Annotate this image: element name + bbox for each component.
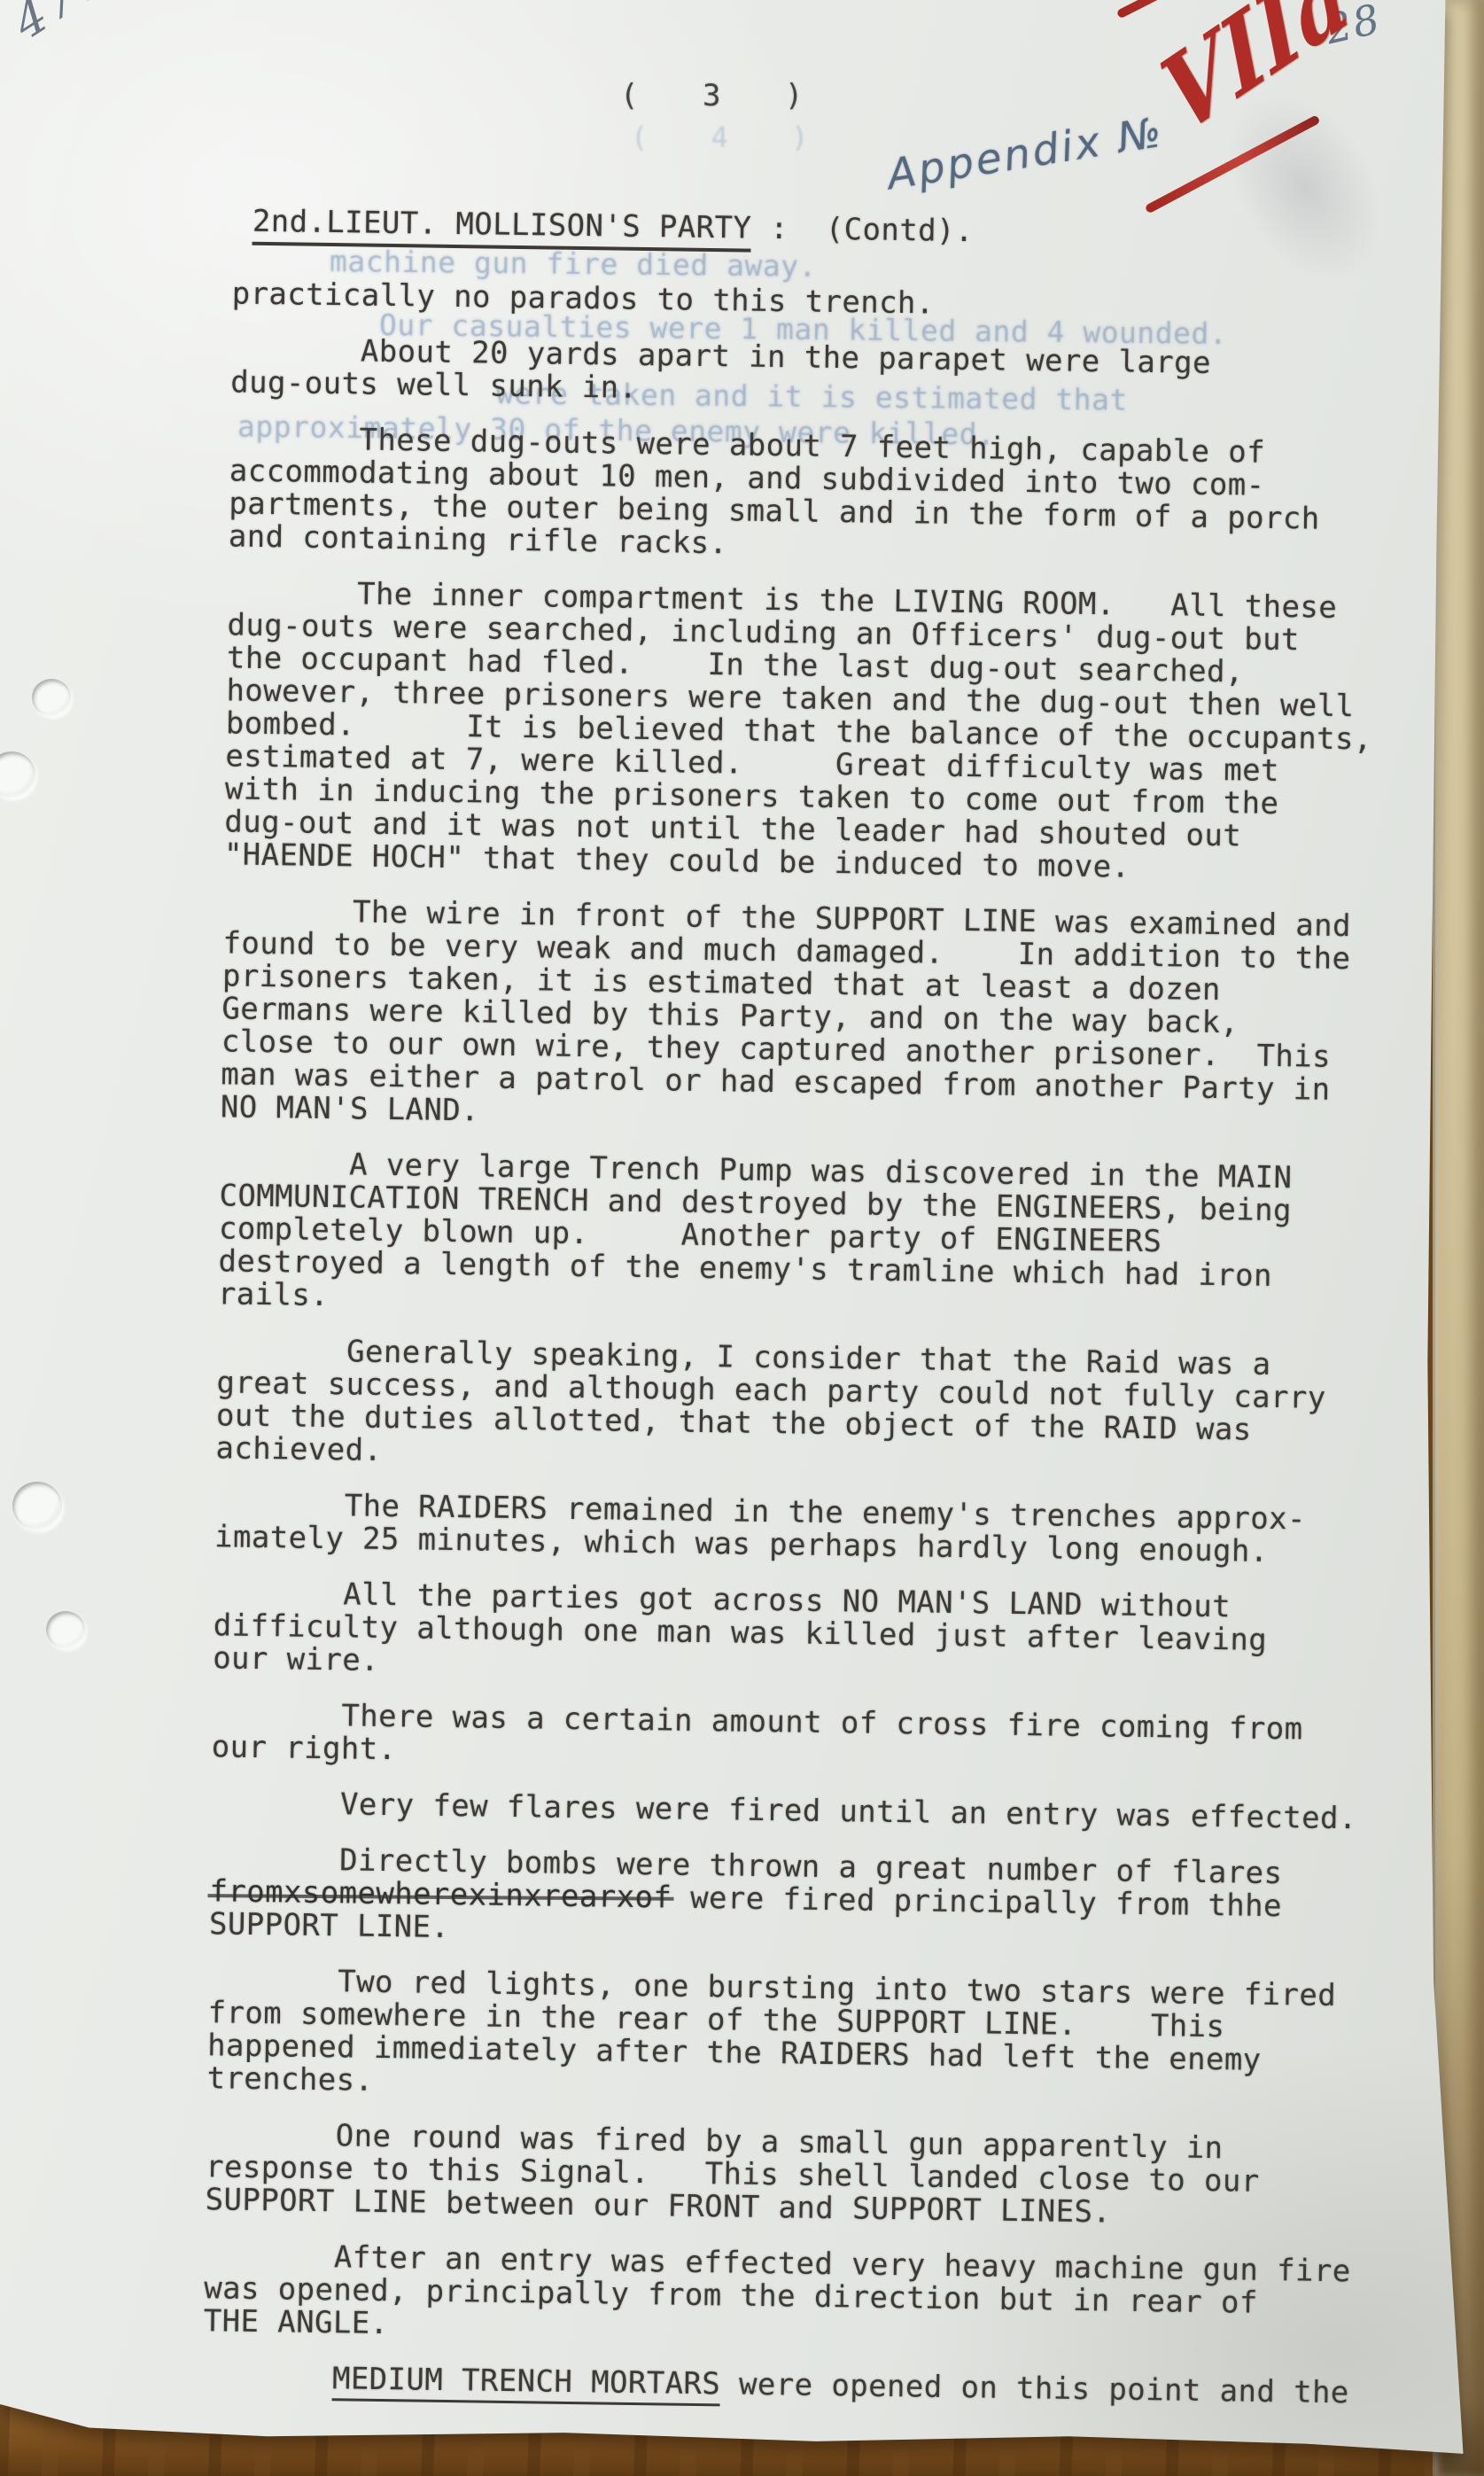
typed-paragraph: Two red lights, one bursting into two st… — [206, 1964, 1395, 2112]
typed-paragraph: The inner compartment is the LIVING ROOM… — [224, 576, 1416, 888]
typed-paragraph: About 20 yards apart in the parapet were… — [230, 333, 1418, 416]
underlined-lead-text: MEDIUM TRENCH MORTARS — [332, 2361, 721, 2406]
typed-paragraph: Very few flares were fired until an entr… — [211, 1787, 1398, 1836]
typed-paragraph: These dug-outs were about 7 feet high, c… — [229, 422, 1418, 570]
paragraph-indent — [203, 2359, 333, 2396]
ghost-page-number: ( 4 ) — [631, 121, 831, 154]
document-photograph: 470 28 ( 3 ) ( 4 ) Appendix № VIIa machi… — [0, 0, 1484, 2476]
punch-hole — [46, 1611, 85, 1648]
punch-hole — [12, 1482, 62, 1530]
typed-paragraph-with-strikeout: Directly bombs were thrown a great numbe… — [209, 1842, 1397, 1958]
punch-hole — [32, 679, 71, 716]
typed-paragraph: All the parties got across NO MAN'S LAND… — [213, 1577, 1401, 1692]
red-ink-edge-mark — [1465, 28, 1484, 51]
typed-page-number: ( 3 ) — [620, 78, 826, 113]
heading-contd-note: : (Contd). — [751, 211, 974, 249]
struck-out-text: fromxsomewherexinxrearxof — [209, 1873, 672, 1915]
punch-hole — [0, 751, 35, 798]
heading-underlined-text: 2nd.LIEUT. MOLLISON'S PARTY — [252, 204, 751, 253]
document-page: 470 28 ( 3 ) ( 4 ) Appendix № VIIa machi… — [0, 0, 1484, 2476]
typed-paragraph: The RAIDERS remained in the enemy's tren… — [214, 1488, 1402, 1570]
paragraph-rest: were opened on this point and the — [720, 2366, 1349, 2410]
typed-paragraph: A very large Trench Pump was discovered … — [218, 1147, 1407, 1328]
appendix-stamp: Appendix № — [884, 108, 1168, 200]
typed-paragraph-underlined-lead: MEDIUM TRENCH MORTARS were opened on thi… — [203, 2361, 1390, 2410]
handwritten-folio-number: 470 — [5, 0, 116, 51]
typewritten-body: 2nd.LIEUT. MOLLISON'S PARTY : (Contd). p… — [202, 205, 1420, 2433]
typed-paragraph: The wire in front of the SUPPORT LINE wa… — [221, 894, 1410, 1141]
typed-paragraph: Generally speaking, I consider that the … — [215, 1334, 1404, 1482]
typed-paragraph: After an entry was effected very heavy m… — [204, 2239, 1392, 2355]
typed-paragraph: There was a certain amount of cross fire… — [212, 1698, 1400, 1780]
typed-paragraph: One round was fired by a small gun appar… — [205, 2118, 1393, 2233]
typed-paragraph: practically no parados to this trench. — [231, 277, 1418, 327]
page-wrapper: 470 28 ( 3 ) ( 4 ) Appendix № VIIa machi… — [0, 0, 1484, 2476]
